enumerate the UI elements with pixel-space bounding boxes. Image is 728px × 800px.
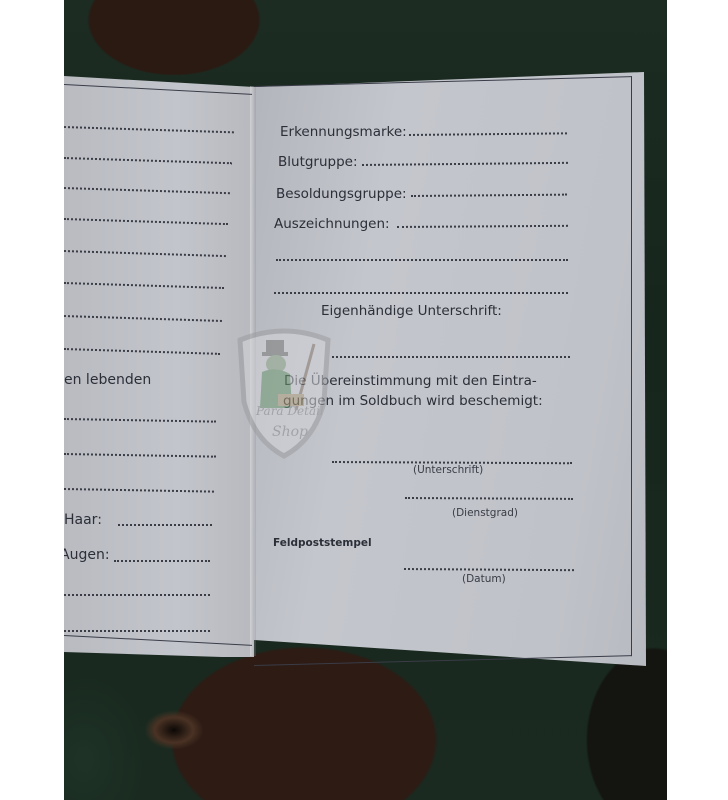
watermark-text-2: Shop — [272, 424, 308, 440]
photo-background: en lebenden Haar: Augen: Erkennungsmarke… — [64, 0, 667, 800]
eyes-label: Augen: — [64, 547, 110, 563]
left-blank-line — [64, 594, 210, 596]
datum-caption: (Datum) — [462, 573, 506, 585]
left-blank-line — [64, 630, 210, 632]
dienstgrad-caption: (Dienstgrad) — [452, 507, 518, 519]
signature-line — [332, 356, 570, 358]
hair-line — [118, 524, 212, 526]
hair-label: Haar: — [64, 512, 102, 528]
blank-line — [276, 259, 568, 261]
field-label-besoldungsgruppe: Besoldungsgruppe: — [276, 186, 407, 202]
unterschrift-caption: (Unterschrift) — [413, 464, 483, 476]
blank-line — [274, 292, 568, 294]
left-partial-label: en lebenden — [64, 372, 151, 388]
field-label-blutgruppe: Blutgruppe: — [278, 154, 358, 170]
signature-heading: Eigenhändige Unterschrift: — [321, 303, 502, 319]
feldpoststempel-label: Feldpoststempel — [273, 537, 372, 549]
field-label-auszeichnungen: Auszeichnungen: — [274, 216, 390, 232]
eyes-line — [114, 560, 210, 562]
shield-logo-icon: Para Detail Shop — [234, 322, 334, 460]
field-label-erkennungsmarke: Erkennungsmarke: — [280, 124, 407, 140]
watermark-text-1: Para Detail — [256, 404, 324, 418]
soldbuch-booklet: en lebenden Haar: Augen: Erkennungsmarke… — [64, 0, 667, 800]
